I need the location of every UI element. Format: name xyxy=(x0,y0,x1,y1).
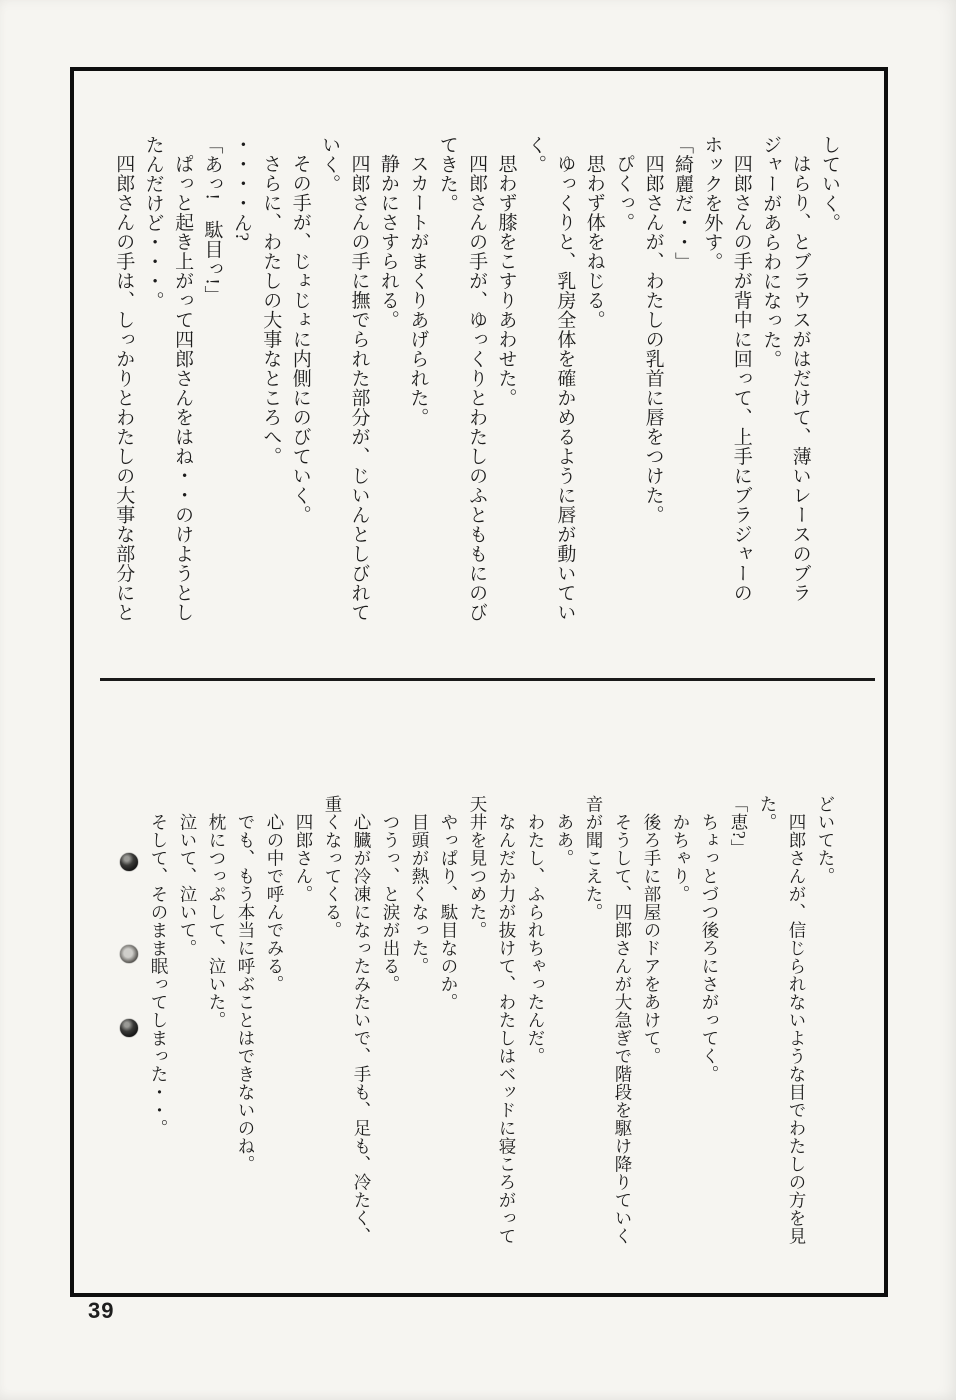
text-line: てきた。 xyxy=(432,135,461,607)
text-line: でも、もう本当に呼ぶことはできないのね。 xyxy=(231,795,260,1239)
text-line: 四郎さんの手に撫でられた部分が、じいんとしびれて xyxy=(344,135,373,607)
text-line: そして、そのまま眠ってしまった・・。 xyxy=(144,795,173,1239)
text-line: 後ろ手に部屋のドアをあけて。 xyxy=(637,795,666,1239)
ink-stamp-icon xyxy=(120,1019,138,1037)
ink-stamp-icon xyxy=(120,853,138,871)
text-line: 思わず膝をこすりあわせた。 xyxy=(491,135,520,607)
text-line: 四郎さんの手が、ゆっくりとわたしのふとももにのび xyxy=(462,135,491,607)
text-line: かちゃり。 xyxy=(666,795,695,1239)
text-line: なんだか力が抜けて、わたしはベッドに寝ころがって xyxy=(492,795,521,1239)
text-line: 静かにさすられる。 xyxy=(374,135,403,607)
text-line: はらり、とブラウスがはだけて、薄いレースのブラ xyxy=(785,135,814,607)
text-line: 思わず体をねじる。 xyxy=(579,135,608,607)
text-line: その手が、じょじょに内側にのびていく。 xyxy=(285,135,314,607)
page-border-frame: していく。はらり、とブラウスがはだけて、薄いレースのブラジャーがあらわになった。… xyxy=(70,67,888,1297)
text-line: 枕につっぷして、泣いた。 xyxy=(202,795,231,1239)
text-line: わたし、ふられちゃったんだ。 xyxy=(521,795,550,1239)
text-line: ジャーがあらわになった。 xyxy=(756,135,785,607)
text-line: 心臓が冷凍になったみたいで、手も、足も、冷たく、 xyxy=(347,795,376,1239)
text-line: 四郎さんが、信じられないような目でわたしの方を見 xyxy=(782,795,811,1239)
text-line: 四郎さんが、わたしの乳首に唇をつけた。 xyxy=(638,135,667,607)
text-line: ぴくっ。 xyxy=(609,135,638,607)
text-line: 泣いて、泣いて。 xyxy=(173,795,202,1239)
text-line: 目頭が熱くなった。 xyxy=(405,795,434,1239)
text-line: た。 xyxy=(753,795,782,1239)
text-line: ゆっくりと、乳房全体を確かめるように唇が動いてい xyxy=(550,135,579,607)
bottom-text-block: どいてた。四郎さんが、信じられないような目でわたしの方を見た。「恵?」ちょっとづ… xyxy=(115,795,841,1239)
text-line: 四郎さんの手が背中に回って、上手にブラジャーの xyxy=(726,135,755,607)
text-line: 四郎さんの手は、しっかりとわたしの大事な部分にと xyxy=(109,135,138,607)
text-line: 「綺麗だ・・」 xyxy=(668,135,697,607)
text-line: どいてた。 xyxy=(811,795,840,1239)
text-line: そうして、四郎さんが大急ぎで階段を駆け降りていく xyxy=(608,795,637,1239)
text-line: 天井を見つめた。 xyxy=(463,795,492,1239)
text-line: ・・・・ん? xyxy=(226,135,255,607)
text-line: いく。 xyxy=(315,135,344,607)
text-line: ああ。 xyxy=(550,795,579,1239)
text-line: 心の中で呼んでみる。 xyxy=(260,795,289,1239)
section-divider-rule xyxy=(100,678,875,681)
text-line: 四郎さん。 xyxy=(289,795,318,1239)
text-line: スカートがまくりあげられた。 xyxy=(403,135,432,607)
ink-stamp-icon xyxy=(120,945,138,963)
text-line: さらに、わたしの大事なところへ。 xyxy=(256,135,285,607)
text-line: く。 xyxy=(521,135,550,607)
text-line: ぱっと起き上がって四郎さんをはね・・のけようとし xyxy=(168,135,197,607)
text-line: やっぱり、駄目なのか。 xyxy=(434,795,463,1239)
top-text-block: していく。はらり、とブラウスがはだけて、薄いレースのブラジャーがあらわになった。… xyxy=(109,135,844,607)
text-line: つうっ、と涙が出る。 xyxy=(376,795,405,1239)
text-line: ちょっとづつ後ろにさがってく。 xyxy=(695,795,724,1239)
text-line: たんだけど・・・。 xyxy=(138,135,167,607)
text-line: ホックを外す。 xyxy=(697,135,726,607)
page-number: 39 xyxy=(88,1298,114,1324)
text-line: 「恵?」 xyxy=(724,795,753,1239)
text-line: 重くなってくる。 xyxy=(318,795,347,1239)
scanned-book-page: していく。はらり、とブラウスがはだけて、薄いレースのブラジャーがあらわになった。… xyxy=(0,0,956,1400)
text-line: 音が聞こえた。 xyxy=(579,795,608,1239)
text-line: 「あっ! 駄目っ!」 xyxy=(197,135,226,607)
text-line: していく。 xyxy=(815,135,844,607)
stamp-margin-column xyxy=(115,795,144,1235)
